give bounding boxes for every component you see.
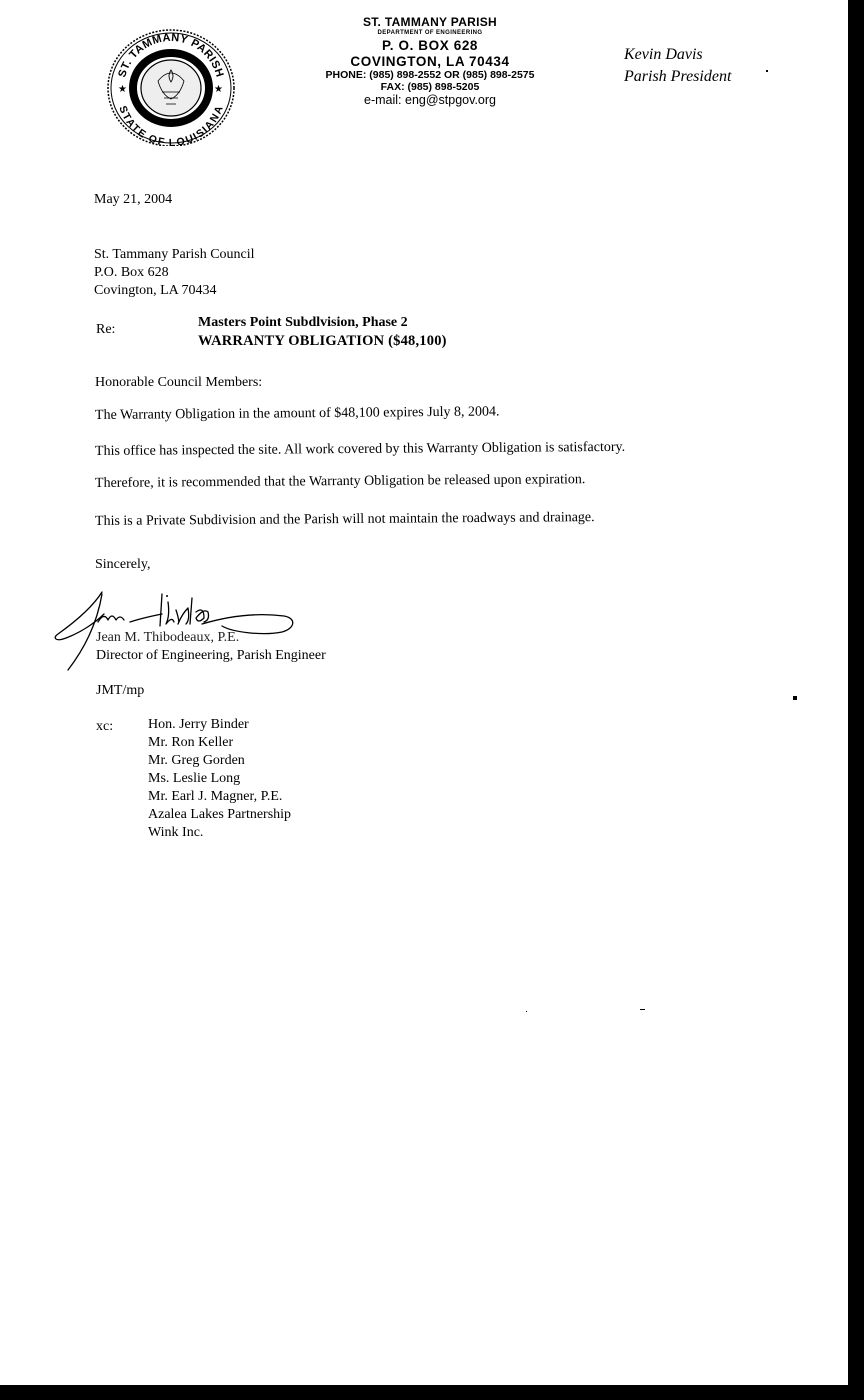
letter-date: May 21, 2004 [94,191,172,209]
scan-speck [766,70,768,72]
cc-recipient: Ms. Leslie Long [148,770,291,788]
body-paragraph: Therefore, it is recommended that the Wa… [95,471,586,493]
cc-recipient: Hon. Jerry Binder [148,716,291,734]
signer-title: Director of Engineering, Parish Engineer [96,647,326,665]
recipient-line: Covington, LA 70434 [94,282,255,300]
cc-recipient: Wink Inc. [148,824,291,842]
cc-recipient: Mr. Greg Gorden [148,752,291,770]
scan-speck [640,1009,645,1010]
svg-text:★: ★ [118,84,127,95]
cc-recipient: Mr. Earl J. Magner, P.E. [148,788,291,806]
phone-numbers: PHONE: (985) 898-2552 OR (985) 898-2575 [280,70,580,81]
letter-page: ST. TAMMANY PARISH STATE OF LOUISIANA ★ … [0,0,848,1385]
signer-name: Jean M. Thibodeaux, P.E. [96,629,326,647]
email-address: e-mail: eng@stpgov.org [280,94,580,107]
department-name: DEPARTMENT OF ENGINEERING [280,30,580,36]
typist-initials: JMT/mp [96,682,144,700]
letterhead: ST. TAMMANY PARISH DEPARTMENT OF ENGINEE… [280,16,580,107]
re-label: Re: [96,322,115,338]
president-name: Kevin Davis [624,44,731,66]
fax-number: FAX: (985) 898-5205 [280,82,580,93]
po-box: P. O. BOX 628 [280,39,580,53]
recipient-line: P.O. Box 628 [94,264,255,282]
subject-block: Masters Point Subdlvision, Phase 2 WARRA… [198,314,447,350]
parish-president-block: Kevin Davis Parish President [624,44,731,88]
salutation: Honorable Council Members: [95,374,262,392]
cc-label: xc: [96,718,113,736]
cc-recipient: Mr. Ron Keller [148,734,291,752]
city-state-zip: COVINGTON, LA 70434 [280,55,580,69]
subject-line: Masters Point Subdlvision, Phase 2 [198,314,447,332]
recipient-address: St. Tammany Parish Council P.O. Box 628 … [94,246,255,300]
body-paragraph: This is a Private Subdivision and the Pa… [95,509,595,531]
recipient-line: St. Tammany Parish Council [94,246,255,264]
cc-recipient: Azalea Lakes Partnership [148,806,291,824]
closing: Sincerely, [95,556,150,574]
svg-text:★: ★ [214,84,223,95]
body-paragraph: This office has inspected the site. All … [95,439,625,461]
scan-speck [793,696,797,700]
organization-name: ST. TAMMANY PARISH [280,16,580,28]
parish-seal-icon: ST. TAMMANY PARISH STATE OF LOUISIANA ★ … [106,26,236,146]
cc-list: Hon. Jerry Binder Mr. Ron Keller Mr. Gre… [148,716,291,842]
president-title: Parish President [624,66,731,88]
subject-line: WARRANTY OBLIGATION ($48,100) [198,332,447,350]
scan-speck [526,1011,527,1012]
signer-block: Jean M. Thibodeaux, P.E. Director of Eng… [96,629,326,665]
body-paragraph: The Warranty Obligation in the amount of… [95,403,500,425]
